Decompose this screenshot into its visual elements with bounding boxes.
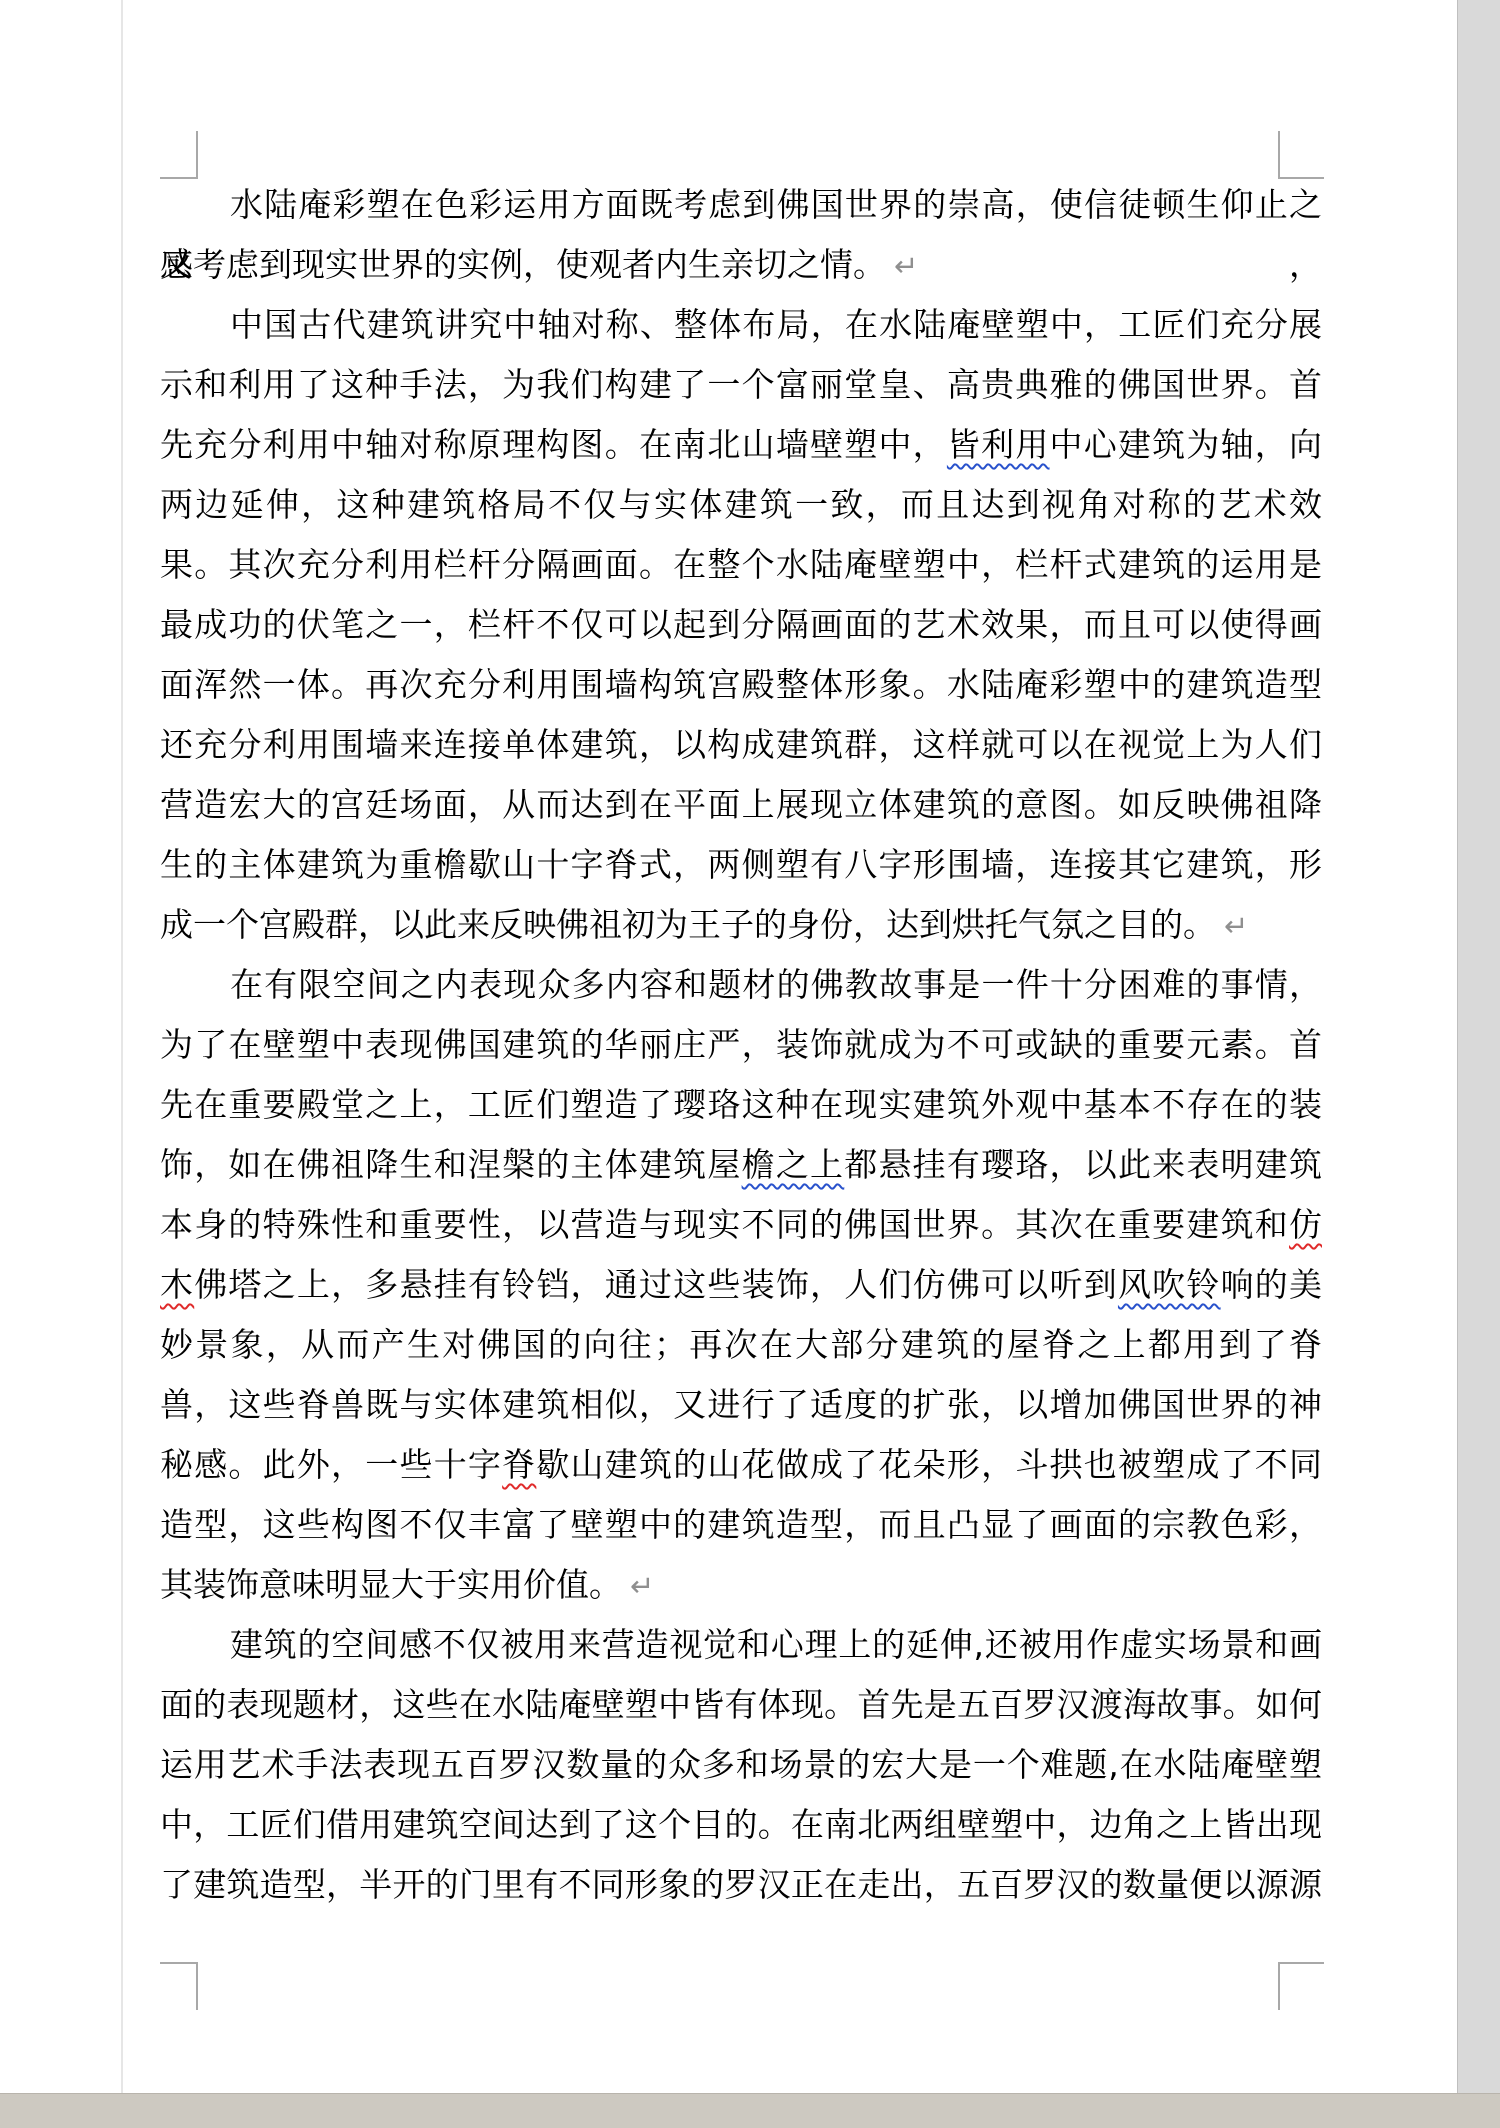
paragraph: 在有限空间之内表现众多内容和题材的佛教故事是一件十分困难的事情，为了在壁塑中表现… <box>160 955 1322 1615</box>
text-line[interactable]: 其装饰意味明显大于实用价值。↵ <box>160 1555 1322 1615</box>
text-line[interactable]: 面的表现题材，这些在水陆庵壁塑中皆有体现。首先是五百罗汉渡海故事。如何 <box>160 1675 1322 1735</box>
paragraph-mark-icon: ↵ <box>894 249 918 283</box>
text-run: 佛塔之上，多悬挂有铃铛，通过这些装饰，人们仿佛可以听到 <box>194 1265 1118 1304</box>
text-run: 两边延伸，这种建筑格局不仅与实体建筑一致，而且达到视角对称的艺术效 <box>160 485 1322 524</box>
text-run: 在有限空间之内表现众多内容和题材的佛教故事是一件十分困难的事情， <box>230 965 1322 1004</box>
text-line[interactable]: 生的主体建筑为重檐歇山十字脊式，两侧塑有八字形围墙，连接其它建筑，形 <box>160 835 1322 895</box>
text-line[interactable]: 示和利用了这种手法，为我们构建了一个富丽堂皇、高贵典雅的佛国世界。首 <box>160 355 1322 415</box>
spelling-error-run: 木 <box>160 1265 194 1304</box>
text-line[interactable]: 妙景象，从而产生对佛国的向往；再次在大部分建筑的屋脊之上都用到了脊 <box>160 1315 1322 1375</box>
text-run: 最成功的伏笔之一，栏杆不仅可以起到分隔画面的艺术效果，而且可以使得画 <box>160 605 1322 644</box>
text-line[interactable]: 为了在壁塑中表现佛国建筑的华丽庄严，装饰就成为不可或缺的重要元素。首 <box>160 1015 1322 1075</box>
text-line[interactable]: 先充分利用中轴对称原理构图。在南北山墙壁塑中，皆利用中心建筑为轴，向 <box>160 415 1322 475</box>
page-left-edge <box>121 0 123 2093</box>
text-run: 了建筑造型，半开的门里有不同形象的罗汉正在走出，五百罗汉的数量便以源源 <box>160 1865 1322 1904</box>
text-line[interactable]: 木佛塔之上，多悬挂有铃铛，通过这些装饰，人们仿佛可以听到风吹铃响的美 <box>160 1255 1322 1315</box>
text-line[interactable]: 最成功的伏笔之一，栏杆不仅可以起到分隔画面的艺术效果，而且可以使得画 <box>160 595 1322 655</box>
text-run: 建筑的空间感不仅被用来营造视觉和心理上的延伸,还被用作虚实场景和画 <box>230 1625 1322 1664</box>
paragraph-mark-icon: ↵ <box>1224 909 1248 943</box>
text-line[interactable]: 面浑然一体。再次充分利用围墙构筑宫殿整体形象。水陆庵彩塑中的建筑造型 <box>160 655 1322 715</box>
text-line[interactable]: 运用艺术手法表现五百罗汉数量的众多和场景的宏大是一个难题,在水陆庵壁塑 <box>160 1735 1322 1795</box>
text-line[interactable]: 建筑的空间感不仅被用来营造视觉和心理上的延伸,还被用作虚实场景和画 <box>160 1615 1322 1675</box>
text-line[interactable]: 中，工匠们借用建筑空间达到了这个目的。在南北两组壁塑中，边角之上皆出现 <box>160 1795 1322 1855</box>
text-boundary-mark-top-right <box>1278 131 1324 179</box>
text-run: 示和利用了这种手法，为我们构建了一个富丽堂皇、高贵典雅的佛国世界。首 <box>160 365 1322 404</box>
text-run: 造型，这些构图不仅丰富了壁塑中的建筑造型，而且凸显了画面的宗教色彩， <box>160 1505 1322 1544</box>
text-run: 成一个宫殿群，以此来反映佛祖初为王子的身份，达到烘托气氛之目的。 <box>160 905 1216 944</box>
text-line[interactable]: 先在重要殿堂之上，工匠们塑造了璎珞这种在现实建筑外观中基本不存在的装 <box>160 1075 1322 1135</box>
text-boundary-mark-bottom-left <box>160 1962 198 2010</box>
spelling-error-run: 仿 <box>1289 1205 1322 1244</box>
text-run: 面浑然一体。再次充分利用围墙构筑宫殿整体形象。水陆庵彩塑中的建筑造型 <box>160 665 1322 704</box>
text-line[interactable]: 兽，这些脊兽既与实体建筑相似，又进行了适度的扩张，以增加佛国世界的神 <box>160 1375 1322 1435</box>
text-run: 本身的特殊性和重要性，以营造与现实不同的佛国世界。其次在重要建筑和 <box>160 1205 1289 1244</box>
page-right-margin-strip <box>1457 0 1500 2093</box>
grammar-error-run: 檐之上 <box>742 1145 845 1184</box>
window-bottom-bar <box>0 2093 1500 2128</box>
text-run: 果。其次充分利用栏杆分隔画面。在整个水陆庵壁塑中，栏杆式建筑的运用是 <box>160 545 1322 584</box>
text-run: 歇山建筑的山花做成了花朵形，斗拱也被塑成了不同 <box>536 1445 1322 1484</box>
text-line[interactable]: 还充分利用围墙来连接单体建筑，以构成建筑群，这样就可以在视觉上为人们 <box>160 715 1322 775</box>
text-line[interactable]: 果。其次充分利用栏杆分隔画面。在整个水陆庵壁塑中，栏杆式建筑的运用是 <box>160 535 1322 595</box>
text-boundary-mark-top-left <box>160 131 198 179</box>
text-line[interactable]: 水陆庵彩塑在色彩运用方面既考虑到佛国世界的崇高，使信徒顿生仰止之感， <box>160 175 1322 235</box>
text-run: 先在重要殿堂之上，工匠们塑造了璎珞这种在现实建筑外观中基本不存在的装 <box>160 1085 1322 1124</box>
text-line[interactable]: 两边延伸，这种建筑格局不仅与实体建筑一致，而且达到视角对称的艺术效 <box>160 475 1322 535</box>
text-line[interactable]: 成一个宫殿群，以此来反映佛祖初为王子的身份，达到烘托气氛之目的。↵ <box>160 895 1322 955</box>
text-line[interactable]: 中国古代建筑讲究中轴对称、整体布局，在水陆庵壁塑中，工匠们充分展 <box>160 295 1322 355</box>
text-run: 响的美 <box>1221 1265 1322 1304</box>
text-body[interactable]: 水陆庵彩塑在色彩运用方面既考虑到佛国世界的崇高，使信徒顿生仰止之感，又考虑到现实… <box>160 175 1322 1915</box>
text-run: 还充分利用围墙来连接单体建筑，以构成建筑群，这样就可以在视觉上为人们 <box>160 725 1322 764</box>
text-run: 面的表现题材，这些在水陆庵壁塑中皆有体现。首先是五百罗汉渡海故事。如何 <box>160 1685 1322 1724</box>
spelling-error-run: 脊 <box>502 1445 536 1484</box>
text-line[interactable]: 了建筑造型，半开的门里有不同形象的罗汉正在走出，五百罗汉的数量便以源源 <box>160 1855 1322 1915</box>
text-run: 妙景象，从而产生对佛国的向往；再次在大部分建筑的屋脊之上都用到了脊 <box>160 1325 1322 1364</box>
text-run: 中，工匠们借用建筑空间达到了这个目的。在南北两组壁塑中，边角之上皆出现 <box>160 1805 1322 1844</box>
text-run: 营造宏大的宫廷场面，从而达到在平面上展现立体建筑的意图。如反映佛祖降 <box>160 785 1322 824</box>
text-run: 生的主体建筑为重檐歇山十字脊式，两侧塑有八字形围墙，连接其它建筑，形 <box>160 845 1322 884</box>
grammar-error-run: 皆利用 <box>947 425 1050 464</box>
text-run: 先充分利用中轴对称原理构图。在南北山墙壁塑中， <box>160 425 947 464</box>
text-line[interactable]: 饰，如在佛祖降生和涅槃的主体建筑屋檐之上都悬挂有璎珞，以此来表明建筑 <box>160 1135 1322 1195</box>
text-run: 中心建筑为轴，向 <box>1050 425 1323 464</box>
text-run: 兽，这些脊兽既与实体建筑相似，又进行了适度的扩张，以增加佛国世界的神 <box>160 1385 1322 1424</box>
text-run: 其装饰意味明显大于实用价值。 <box>160 1565 622 1604</box>
text-line[interactable]: 本身的特殊性和重要性，以营造与现实不同的佛国世界。其次在重要建筑和仿 <box>160 1195 1322 1255</box>
paragraph: 建筑的空间感不仅被用来营造视觉和心理上的延伸,还被用作虚实场景和画面的表现题材，… <box>160 1615 1322 1915</box>
text-run: 都悬挂有璎珞，以此来表明建筑 <box>844 1145 1322 1184</box>
paragraph: 中国古代建筑讲究中轴对称、整体布局，在水陆庵壁塑中，工匠们充分展示和利用了这种手… <box>160 295 1322 955</box>
text-run: 秘感。此外，一些十字 <box>160 1445 502 1484</box>
text-line[interactable]: 秘感。此外，一些十字脊歇山建筑的山花做成了花朵形，斗拱也被塑成了不同 <box>160 1435 1322 1495</box>
text-run: 又考虑到现实世界的实例，使观者内生亲切之情。 <box>160 245 886 284</box>
paragraph: 水陆庵彩塑在色彩运用方面既考虑到佛国世界的崇高，使信徒顿生仰止之感，又考虑到现实… <box>160 175 1322 295</box>
text-boundary-mark-bottom-right <box>1278 1962 1324 2010</box>
text-line[interactable]: 营造宏大的宫廷场面，从而达到在平面上展现立体建筑的意图。如反映佛祖降 <box>160 775 1322 835</box>
paragraph-mark-icon: ↵ <box>630 1569 654 1603</box>
grammar-error-run: 风吹铃 <box>1118 1265 1221 1304</box>
text-run: 中国古代建筑讲究中轴对称、整体布局，在水陆庵壁塑中，工匠们充分展 <box>230 305 1322 344</box>
text-run: 运用艺术手法表现五百罗汉数量的众多和场景的宏大是一个难题,在水陆庵壁塑 <box>160 1745 1322 1784</box>
text-run: 为了在壁塑中表现佛国建筑的华丽庄严，装饰就成为不可或缺的重要元素。首 <box>160 1025 1322 1064</box>
text-run: 饰，如在佛祖降生和涅槃的主体建筑屋 <box>160 1145 742 1184</box>
text-line[interactable]: 在有限空间之内表现众多内容和题材的佛教故事是一件十分困难的事情， <box>160 955 1322 1015</box>
text-line[interactable]: 造型，这些构图不仅丰富了壁塑中的建筑造型，而且凸显了画面的宗教色彩， <box>160 1495 1322 1555</box>
